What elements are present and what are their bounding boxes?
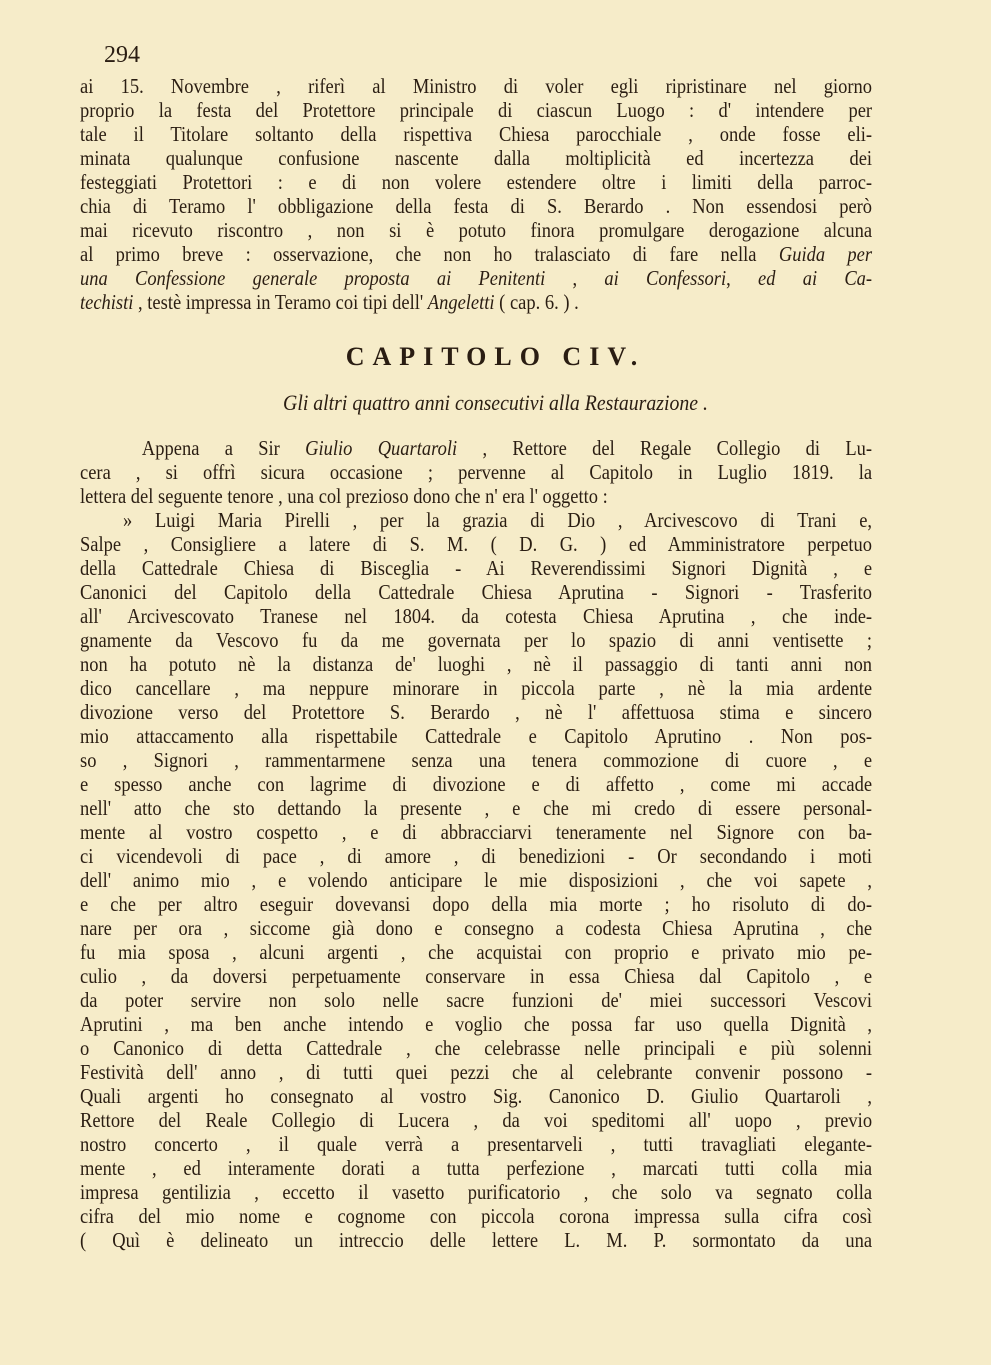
text-line: ai 15. Novembre , riferì al Ministro di … bbox=[80, 74, 872, 98]
page-number: 294 bbox=[104, 42, 140, 69]
text-line: della Cattedrale Chiesa di Bisceglia - A… bbox=[80, 556, 872, 580]
text-line: al primo breve : osservazione, che non h… bbox=[80, 242, 872, 266]
text-run: , bbox=[726, 266, 758, 290]
text-line: Aprutini , ma ben anche intendo e voglio… bbox=[80, 1012, 872, 1036]
text-line: nare per ora , siccome già dono e conseg… bbox=[80, 916, 872, 940]
text-line: nell' atto che sto dettando la presente … bbox=[80, 796, 872, 820]
text-line: techisti , testè impressa in Teramo coi … bbox=[80, 290, 872, 314]
text-line: nostro concerto , il quale verrà a prese… bbox=[80, 1132, 872, 1156]
text-line: fu mia sposa , alcuni argenti , che acqu… bbox=[80, 940, 872, 964]
text-line: da poter servire non solo nelle sacre fu… bbox=[80, 988, 872, 1012]
text-line: so , Signori , rammentarmene senza una t… bbox=[80, 748, 872, 772]
text-run: ( cap. 6. ) . bbox=[495, 290, 579, 314]
text-line: festeggiati Protettori : e di non volere… bbox=[80, 170, 872, 194]
text-line: e che per altro eseguir dovevansi dopo d… bbox=[80, 892, 872, 916]
text-line: Rettore del Reale Collegio di Lucera , d… bbox=[80, 1108, 872, 1132]
text-line: mente al vostro cospetto , e di abbracci… bbox=[80, 820, 872, 844]
text-line: culio , da doversi perpetuamente conserv… bbox=[80, 964, 872, 988]
text-line: ( Quì è delineato un intreccio delle let… bbox=[80, 1228, 872, 1252]
book-title-italic: Guida per bbox=[779, 242, 872, 266]
text-line: mente , ed interamente dorati a tutta pe… bbox=[80, 1156, 872, 1180]
body-paragraph: Appena a Sir Giulio Quartaroli , Rettore… bbox=[80, 436, 872, 508]
text-run: Appena a Sir bbox=[142, 436, 305, 460]
text-line: chia di Teramo l' obbligazione della fes… bbox=[80, 194, 872, 218]
book-title-italic: ed ai Ca- bbox=[758, 266, 872, 290]
text-line: cera , si offrì sicura occasione ; perve… bbox=[80, 460, 872, 484]
text-run: , bbox=[545, 266, 604, 290]
text-line: mio attaccamento alla rispettabile Catte… bbox=[80, 724, 872, 748]
person-name-italic: Giulio Quartaroli bbox=[305, 436, 457, 460]
book-title-italic: ai Confessori bbox=[604, 266, 726, 290]
text-line: minata qualunque confusione nascente dal… bbox=[80, 146, 872, 170]
text-line: divozione verso del Protettore S. Berard… bbox=[80, 700, 872, 724]
text-line: Canonici del Capitolo della Cattedrale C… bbox=[80, 580, 872, 604]
text-line: cifra del mio nome e cognome con piccola… bbox=[80, 1204, 872, 1228]
printer-name-italic: Angeletti bbox=[428, 290, 495, 314]
text-run: al primo breve : osservazione, che non h… bbox=[80, 242, 756, 266]
book-title-italic: techisti bbox=[80, 290, 133, 314]
text-line: gnamente da Vescovo fu da me governata p… bbox=[80, 628, 872, 652]
text-line: proprio la festa del Protettore principa… bbox=[80, 98, 872, 122]
text-line: mai ricevuto riscontro , non si è potuto… bbox=[80, 218, 872, 242]
text-line: tale il Titolare soltanto della rispetti… bbox=[80, 122, 872, 146]
letter-text: » Luigi Maria Pirelli , per la grazia di… bbox=[80, 508, 872, 1252]
text-line: dell' animo mio , e volendo anticipare l… bbox=[80, 868, 872, 892]
text-line: lettera del seguente tenore , una col pr… bbox=[80, 484, 872, 508]
text-run: , Rettore del Regale Collegio di Lu- bbox=[457, 436, 872, 460]
text-line: Festività dell' anno , di tutti quei pez… bbox=[80, 1060, 872, 1084]
chapter-title: CAPITOLO CIV. bbox=[0, 342, 991, 372]
text-run: , testè impressa in Teramo coi tipi dell… bbox=[133, 290, 427, 314]
text-line: ci vicendevoli di pace , di amore , di b… bbox=[80, 844, 872, 868]
text-line: impresa gentilizia , eccetto il vasetto … bbox=[80, 1180, 872, 1204]
text-line: dico cancellare , ma neppure minorare in… bbox=[80, 676, 872, 700]
text-line: all' Arcivescovato Tranese nel 1804. da … bbox=[80, 604, 872, 628]
book-title-italic: una Confessione generale proposta ai Pen… bbox=[80, 266, 545, 290]
text-line: Quali argenti ho consegnato al vostro Si… bbox=[80, 1084, 872, 1108]
text-line: » Luigi Maria Pirelli , per la grazia di… bbox=[80, 508, 872, 532]
text-line: una Confessione generale proposta ai Pen… bbox=[80, 266, 872, 290]
chapter-subtitle: Gli altri quattro anni consecutivi alla … bbox=[50, 390, 942, 416]
scanned-book-page: 294 ai 15. Novembre , riferì al Ministro… bbox=[0, 0, 991, 1365]
top-paragraph: ai 15. Novembre , riferì al Ministro di … bbox=[80, 74, 872, 314]
text-line: o Canonico di detta Cattedrale , che cel… bbox=[80, 1036, 872, 1060]
text-line: Appena a Sir Giulio Quartaroli , Rettore… bbox=[80, 436, 872, 460]
text-line: e spesso anche con lagrime di divozione … bbox=[80, 772, 872, 796]
text-line: Salpe , Consigliere a latere di S. M. ( … bbox=[80, 532, 872, 556]
text-line: non ha potuto nè la distanza de' luoghi … bbox=[80, 652, 872, 676]
